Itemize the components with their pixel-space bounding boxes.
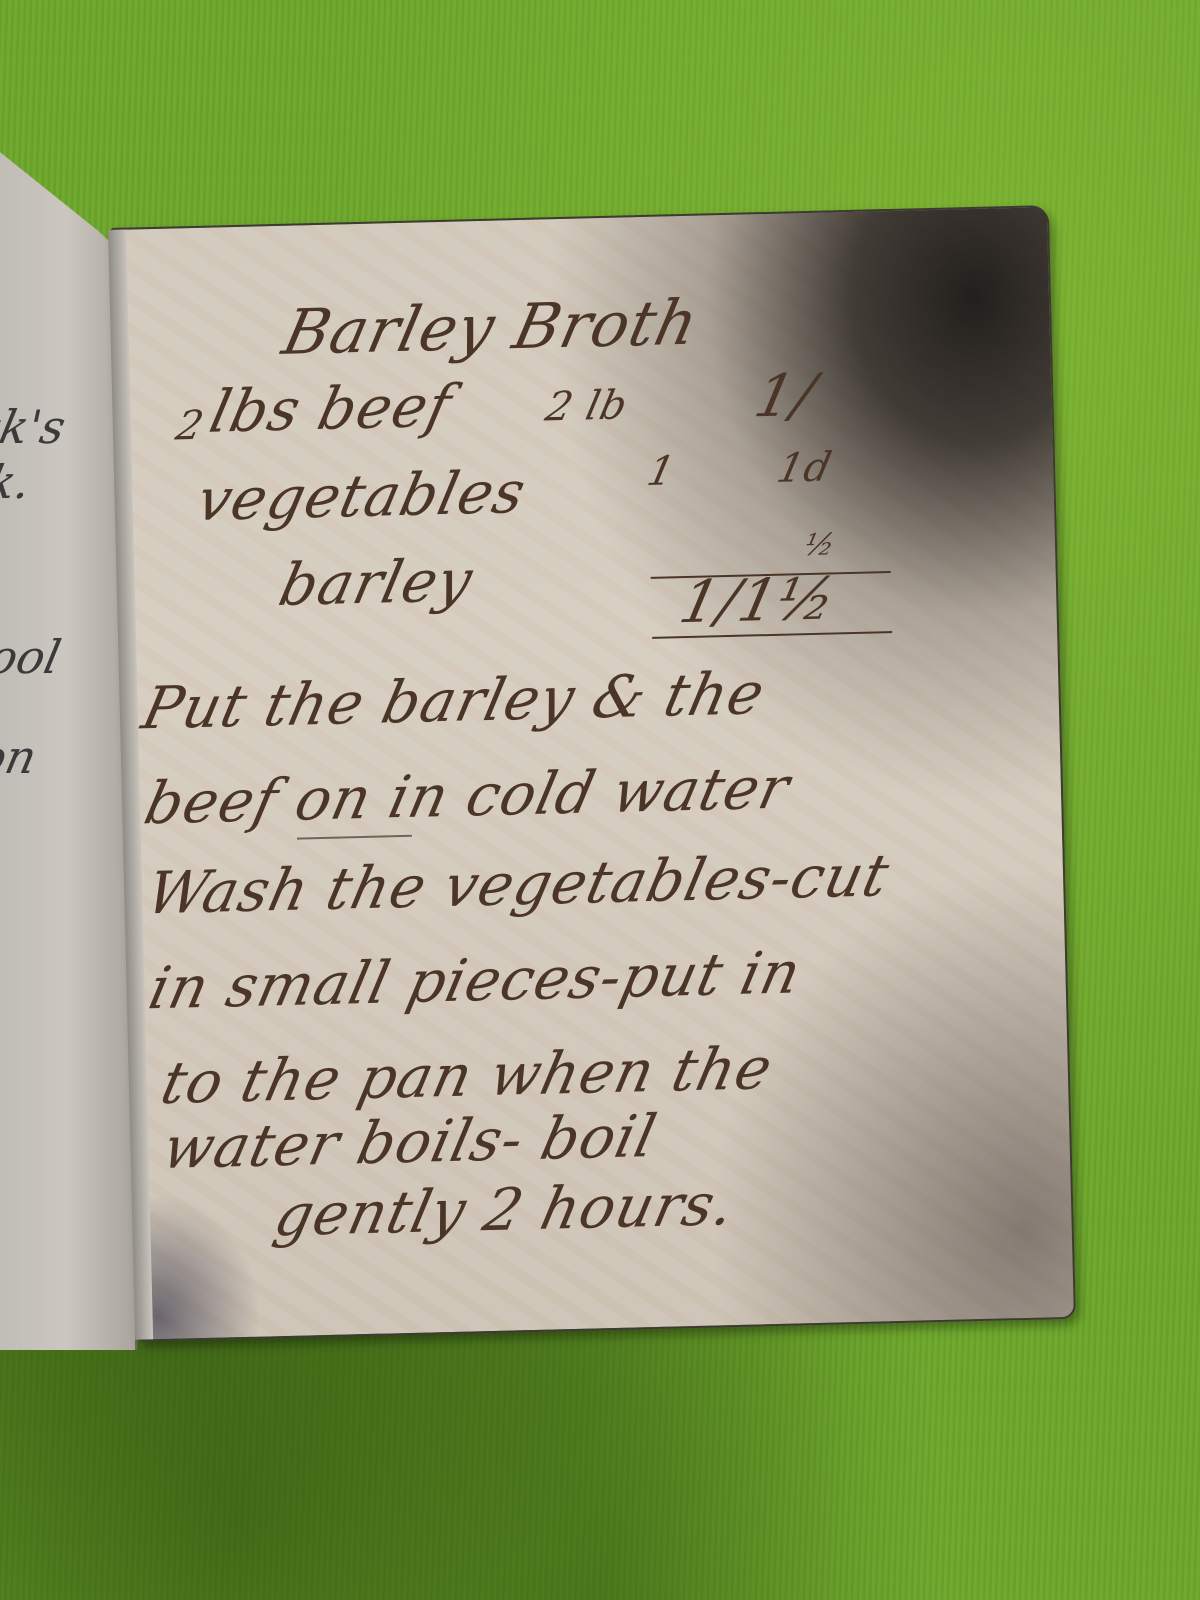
ingredient-cost: 1d (773, 444, 836, 492)
ingredient-item: lbs beef (204, 372, 458, 446)
left-page-fragment: ick's (0, 400, 70, 454)
instruction-line: Wash the vegetables-cut (141, 841, 896, 927)
ingredient-qty: 2 (172, 403, 209, 450)
ingredient-cost: ½ (801, 527, 839, 563)
underline-on-in (297, 835, 412, 840)
instruction-line: water boils- boil (157, 1102, 663, 1182)
instruction-line: in small pieces-put in (143, 938, 808, 1022)
left-page-fragment: ok. (0, 455, 36, 509)
ingredient-item: barley (273, 546, 479, 619)
recipe-title: Barley Broth (276, 285, 705, 369)
ingredient-rate: 2 lb (541, 382, 632, 430)
recipe-page: Barley Broth 2 lbs beef 2 lb 1/ vegetabl… (110, 205, 1076, 1342)
ingredient-item: vegetables (191, 458, 532, 534)
ingredient-rate: 1 (643, 448, 680, 495)
ingredient-cost: 1/ (749, 361, 823, 431)
left-page-fragment: hool (0, 630, 65, 684)
instruction-line: to the pan when the (155, 1034, 779, 1117)
recipe-total: 1/1½ (674, 564, 843, 636)
instruction-line: beef on in cold water (138, 753, 796, 837)
instruction-line: Put the barley & the (136, 659, 771, 743)
instruction-line: gently 2 hours. (269, 1170, 742, 1250)
left-page-fragment: ton (0, 730, 42, 784)
